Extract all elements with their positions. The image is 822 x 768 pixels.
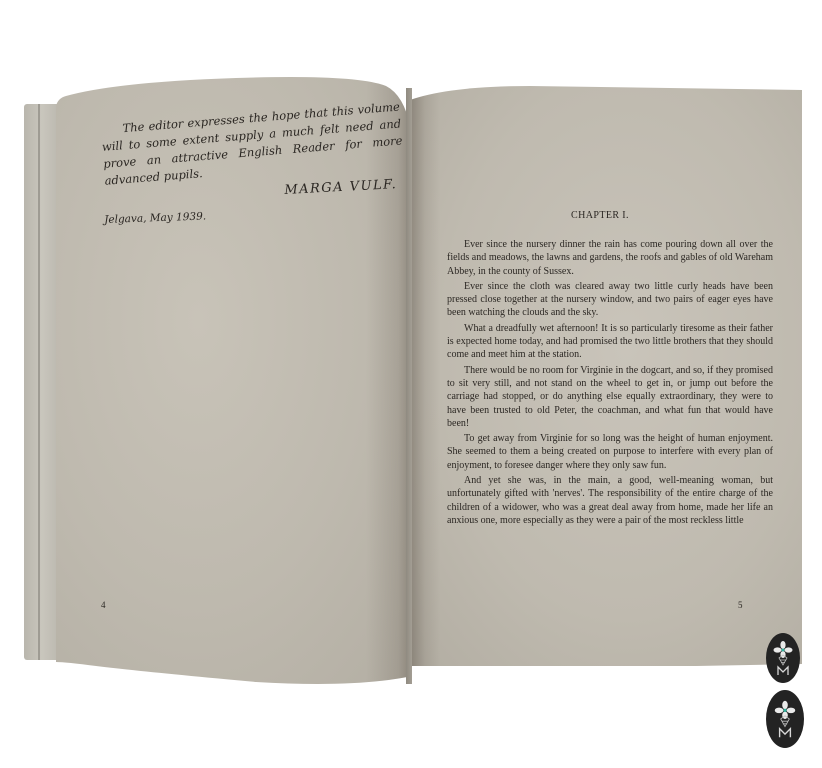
paragraph: What a dreadfully wet afternoon! It is s… bbox=[447, 322, 773, 362]
paragraph: And yet she was, in the main, a good, we… bbox=[447, 474, 773, 527]
floral-monogram-logo-icon bbox=[771, 697, 799, 741]
book-gutter bbox=[406, 88, 412, 684]
page-number-left: 4 bbox=[101, 600, 106, 610]
page-number-right: 5 bbox=[738, 600, 743, 610]
open-book: The editor expresses the hope that this … bbox=[0, 0, 822, 768]
watermark-logo-top bbox=[766, 633, 800, 683]
chapter-body: Ever since the nursery dinner the rain h… bbox=[447, 238, 773, 529]
chapter-title: CHAPTER I. bbox=[430, 210, 770, 221]
floral-monogram-logo-icon bbox=[770, 638, 796, 678]
paragraph: To get away from Virginie for so long wa… bbox=[447, 432, 773, 472]
watermark-logo-bottom bbox=[766, 690, 804, 748]
paragraph: Ever since the nursery dinner the rain h… bbox=[447, 238, 773, 278]
paragraph: Ever since the cloth was cleared away tw… bbox=[447, 280, 773, 320]
paragraph: There would be no room for Virginie in t… bbox=[447, 364, 773, 430]
